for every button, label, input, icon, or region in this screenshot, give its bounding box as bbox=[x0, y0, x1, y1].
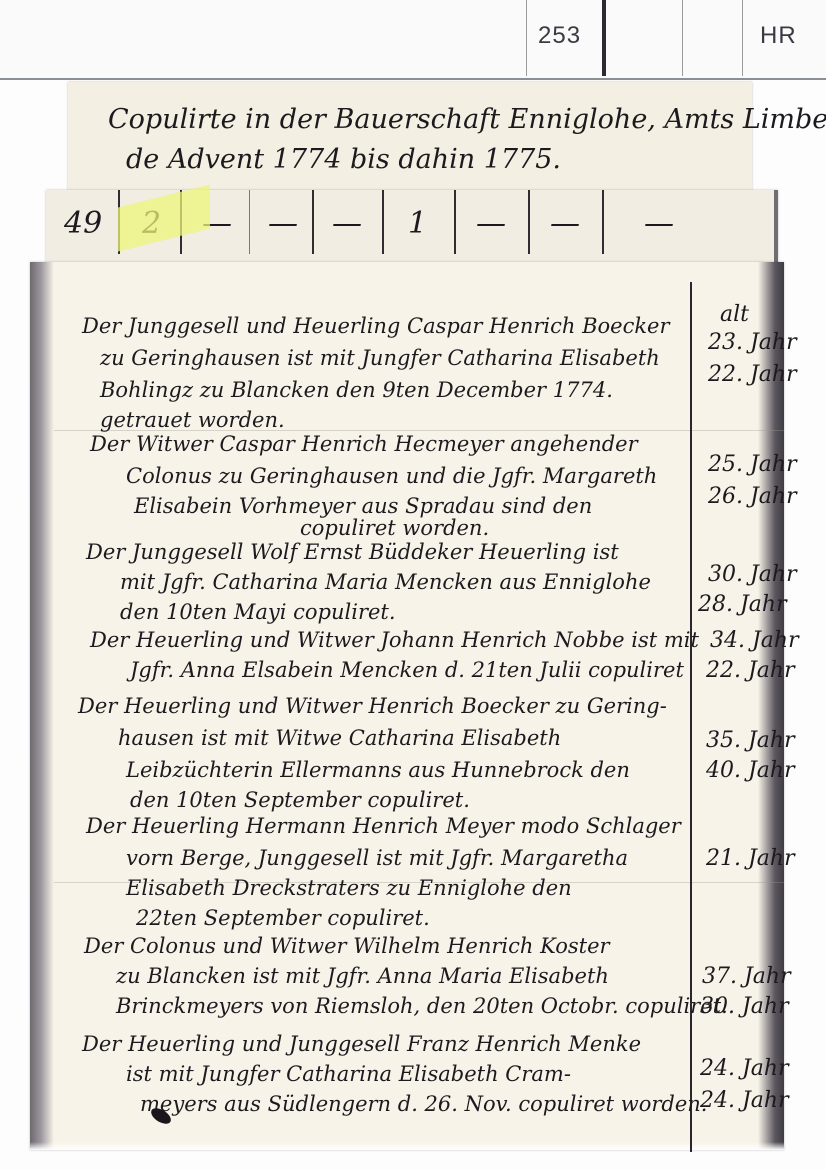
entry-text-line: Der Colonus und Witwer Wilhelm Henrich K… bbox=[84, 934, 610, 958]
bride-age: 26. Jahr bbox=[708, 484, 797, 509]
entry-text-line: 22ten September copuliret. bbox=[136, 906, 430, 930]
tally-divider bbox=[312, 190, 314, 254]
tally-divider bbox=[382, 190, 384, 254]
bride-age: 24. Jahr bbox=[700, 1088, 789, 1113]
bride-age: 28. Jahr bbox=[698, 592, 787, 617]
label-cell-empty bbox=[682, 0, 683, 76]
groom-age: 21. Jahr bbox=[706, 846, 795, 871]
header-slip: Copulirte in der Bauerschaft Enniglohe, … bbox=[68, 82, 752, 197]
groom-age: 25. Jahr bbox=[708, 452, 797, 477]
entry-text-line: Elisabein Vorhmeyer aus Spradau sind den bbox=[134, 494, 592, 518]
entry-text-line: Elisabeth Dreckstraters zu Enniglohe den bbox=[126, 876, 572, 900]
archive-label-strip: 253 HR bbox=[0, 0, 826, 80]
entry-text-line: Der Junggesell und Heuerling Caspar Henr… bbox=[82, 314, 670, 338]
entry-text-line: Der Witwer Caspar Henrich Hecmeyer angeh… bbox=[90, 432, 638, 456]
tally-value: — bbox=[332, 206, 362, 241]
entry-text-line: den 10ten Mayi copuliret. bbox=[120, 600, 396, 624]
entry-text-line: ist mit Jungfer Catharina Elisabeth Cram… bbox=[126, 1062, 571, 1086]
groom-age: 34. Jahr bbox=[710, 628, 799, 653]
tally-divider bbox=[249, 190, 250, 254]
entry-text-line: getrauet worden. bbox=[100, 408, 285, 432]
bride-age: 22. Jahr bbox=[708, 362, 797, 387]
entry-text-line: Leibzüchterin Ellermanns aus Hunnebrock … bbox=[126, 758, 630, 782]
entry-text-line: Colonus zu Geringhausen und die Jgfr. Ma… bbox=[126, 464, 657, 488]
tally-value: — bbox=[644, 206, 674, 241]
entry-text-line: Jgfr. Anna Elsabein Mencken d. 21ten Jul… bbox=[130, 658, 684, 682]
entry-text-line: Der Junggesell Wolf Ernst Büddeker Heuer… bbox=[86, 540, 619, 564]
entry-text-line: Der Heuerling Hermann Henrich Meyer modo… bbox=[86, 814, 681, 838]
page-number-label: 253 bbox=[538, 22, 581, 50]
page-edge bbox=[30, 1142, 784, 1150]
initials-label: HR bbox=[760, 22, 797, 50]
age-column-divider bbox=[690, 282, 692, 1152]
groom-age: 35. Jahr bbox=[706, 728, 795, 753]
entry-text-line: den 10ten September copuliret. bbox=[130, 788, 470, 812]
groom-age: 24. Jahr bbox=[700, 1056, 789, 1081]
entry-text-line: mit Jgfr. Catharina Maria Mencken aus En… bbox=[120, 570, 651, 594]
bride-age: 40. Jahr bbox=[706, 758, 795, 783]
entry-text-line: Der Heuerling und Junggesell Franz Henri… bbox=[82, 1032, 641, 1056]
entry-text-line: Brinckmeyers von Riemsloh, den 20ten Oct… bbox=[116, 994, 728, 1018]
groom-age: 30. Jahr bbox=[708, 562, 797, 587]
entry-text-line: zu Blancken ist mit Jgfr. Anna Maria Eli… bbox=[116, 964, 609, 988]
age-column-header: alt bbox=[720, 302, 749, 327]
tally-value: 1 bbox=[408, 206, 427, 241]
header-title-line-2: de Advent 1774 bis dahin 1775. bbox=[126, 144, 561, 175]
entry-text-line: vorn Berge, Junggesell ist mit Jgfr. Mar… bbox=[126, 846, 628, 870]
entry-text-line: Der Heuerling und Witwer Henrich Boecker… bbox=[78, 694, 667, 718]
groom-age: 37. Jahr bbox=[702, 964, 791, 989]
tally-value: — bbox=[268, 206, 298, 241]
entry-text-line: copuliret worden. bbox=[300, 516, 489, 540]
tally-divider bbox=[602, 190, 604, 254]
bride-age: 30. Jahr bbox=[700, 994, 789, 1019]
label-cell-divider bbox=[602, 0, 606, 76]
tally-value: — bbox=[550, 206, 580, 241]
tally-divider bbox=[454, 190, 456, 254]
scan-shadow-left bbox=[30, 262, 54, 1150]
entry-text-line: hausen ist mit Witwe Catharina Elisabeth bbox=[118, 726, 561, 750]
register-page: alt Der Junggesell und Heuerling Caspar … bbox=[30, 262, 784, 1150]
entry-text-line: Der Heuerling und Witwer Johann Henrich … bbox=[90, 628, 699, 652]
header-title-line-1: Copulirte in der Bauerschaft Enniglohe, … bbox=[108, 104, 826, 135]
entry-text-line: meyers aus Südlengern d. 26. Nov. copuli… bbox=[140, 1092, 707, 1116]
bride-age: 22. Jahr bbox=[706, 658, 795, 683]
entry-text-line: zu Geringhausen ist mit Jungfer Catharin… bbox=[100, 346, 660, 370]
tally-value: — bbox=[476, 206, 506, 241]
tally-divider bbox=[528, 190, 530, 254]
entry-text-line: Bohlingz zu Blancken den 9ten December 1… bbox=[100, 378, 613, 402]
groom-age: 23. Jahr bbox=[708, 330, 797, 355]
label-cell-page bbox=[526, 0, 527, 76]
label-cell-initials bbox=[742, 0, 743, 76]
tally-value: 49 bbox=[64, 206, 102, 241]
